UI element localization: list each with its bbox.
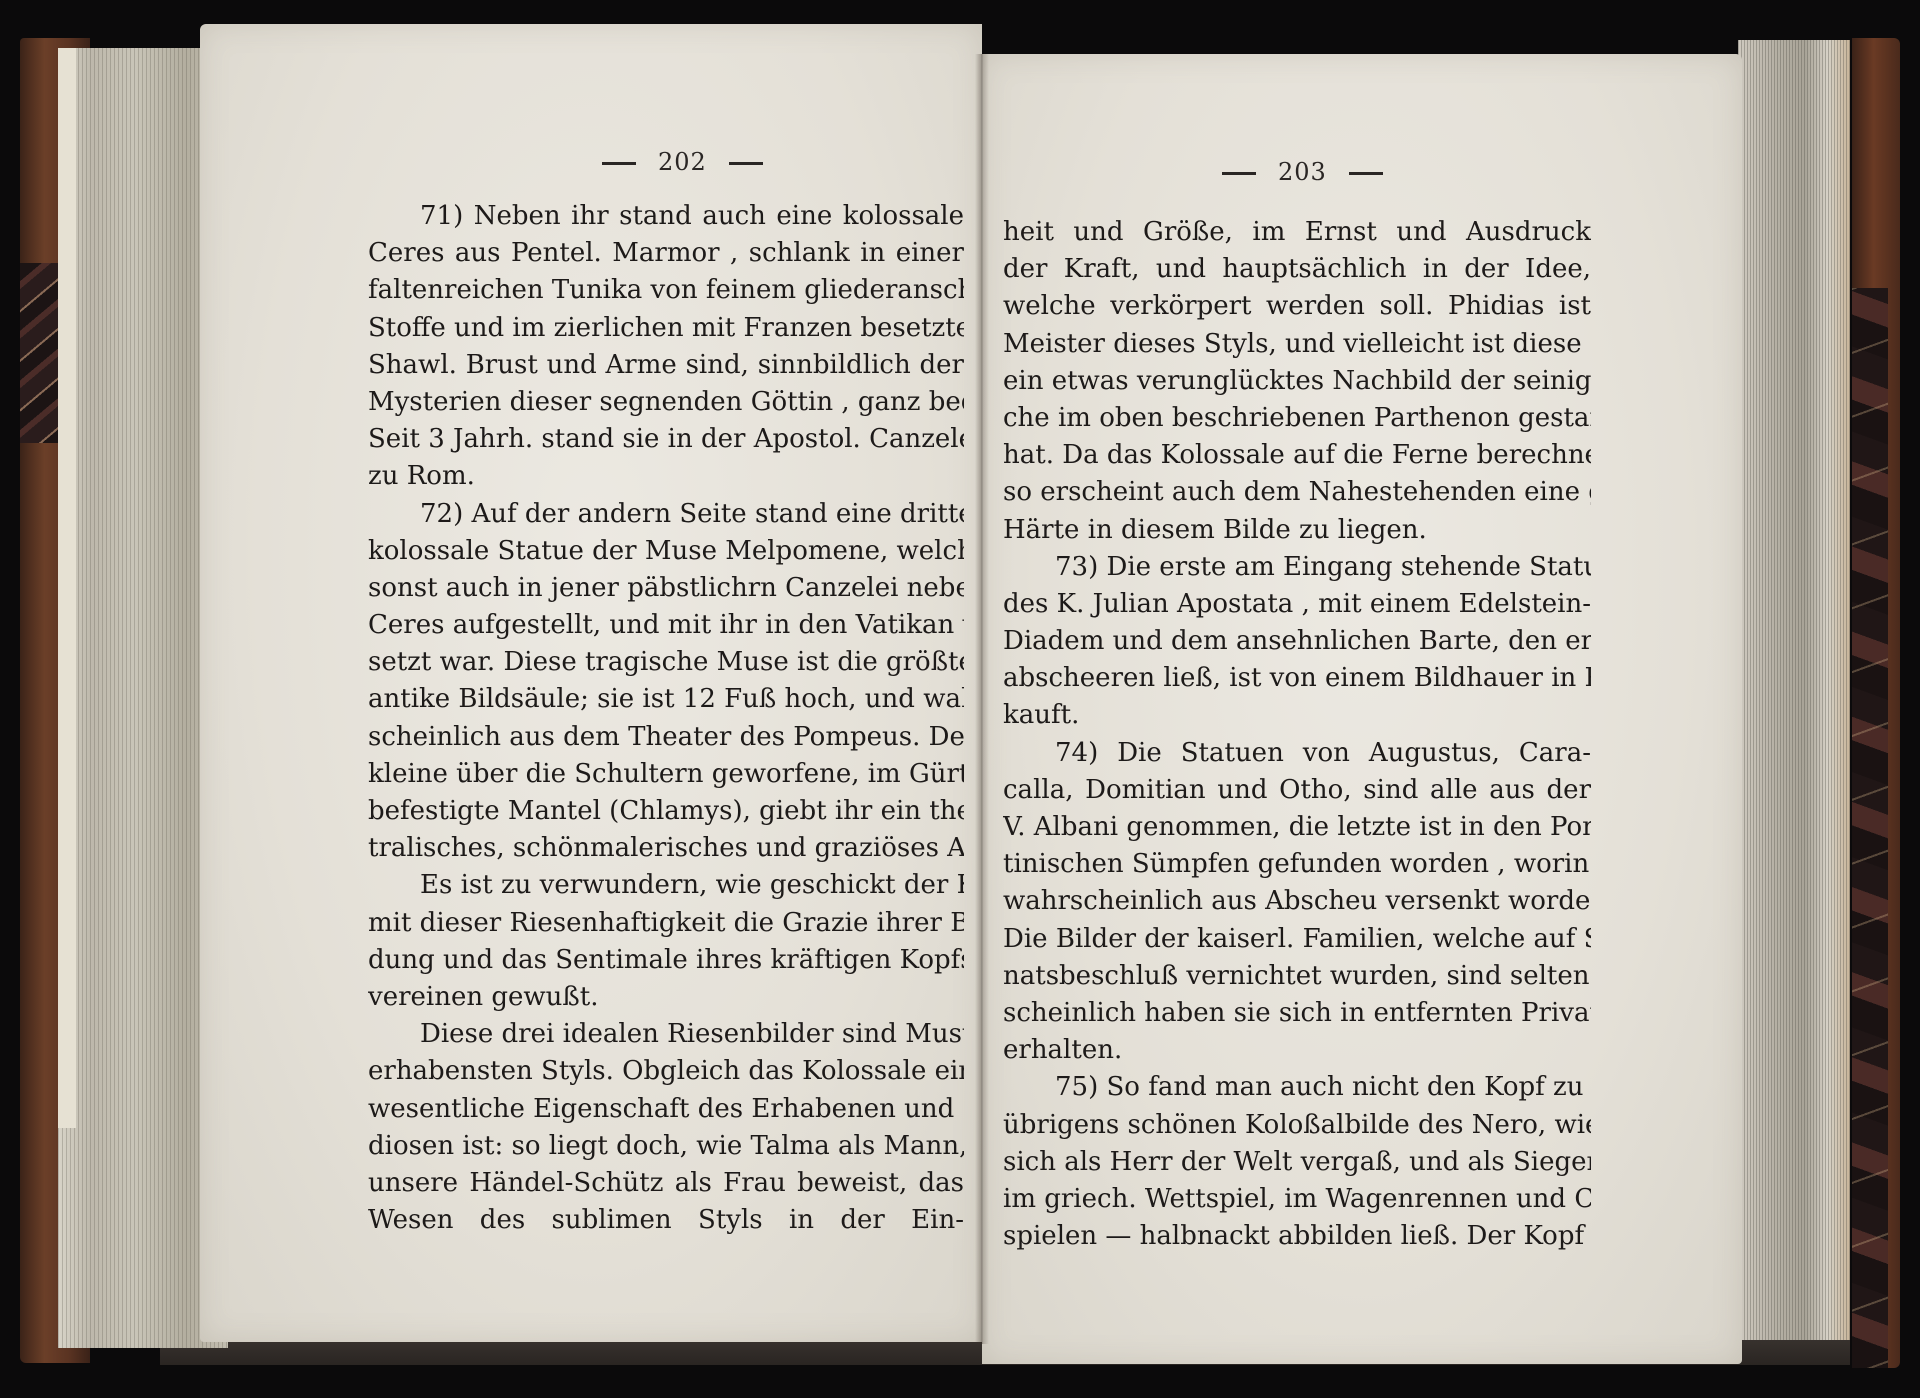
text-line: so erscheint auch dem Nahestehenden eine… [1003,474,1591,511]
text-line: 73) Die erste am Eingang stehende Statue [1003,549,1591,586]
text-line: wahrscheinlich aus Abscheu versenkt word… [1003,883,1591,920]
text-line: Ceres aufgestellt, und mit ihr in den Va… [368,607,964,644]
text-line: übrigens schönen Koloßalbilde des Nero, … [1003,1107,1591,1144]
text-line: scheinlich haben sie sich in entfernten … [1003,995,1591,1032]
marbled-board [20,263,58,443]
text-line: che im oben beschriebenen Parthenon gest… [1003,400,1591,437]
text-line: Mysterien dieser segnenden Göttin , ganz… [368,384,964,421]
text-line: sonst auch in jener päbstlichrn Canzelei… [368,570,964,607]
text-line: spielen — halbnackt abbilden ließ. Der K… [1003,1218,1591,1255]
text-line: Wesen des sublimen Styls in der Ein- [368,1202,964,1239]
text-line: calla, Domitian und Otho, sind alle aus … [1003,772,1591,809]
text-line: im griech. Wettspiel, im Wagenrennen und… [1003,1181,1591,1218]
text-line: Seit 3 Jahrh. stand sie in der Apostol. … [368,421,964,458]
text-line: Meister dieses Styls, und vielleicht ist… [1003,326,1591,363]
text-line: 72) Auf der andern Seite stand eine drit… [368,496,964,533]
dash-ornament [729,162,763,165]
text-line: V. Albani genommen, die letzte ist in de… [1003,809,1591,846]
text-line: Die Bilder der kaiserl. Familien, welche… [1003,921,1591,958]
dash-ornament [1349,172,1383,175]
text-line: Härte in diesem Bilde zu liegen. [1003,512,1591,549]
right-page-edges [1738,40,1850,1340]
text-line: dung und das Sentimale ihres kräftigen K… [368,942,964,979]
text-line: Diese drei idealen Riesenbilder sind Mus… [368,1016,964,1053]
text-line: des K. Julian Apostata , mit einem Edels… [1003,586,1591,623]
text-line: kauft. [1003,697,1591,734]
text-line: Ceres aus Pentel. Marmor , schlank in ei… [368,235,964,272]
text-line: 75) So fand man auch nicht den Kopf zu d… [1003,1069,1591,1106]
right-cover [1852,38,1900,1368]
text-line: kolossale Statue der Muse Melpomene, wel… [368,533,964,570]
text-line: mit dieser Riesenhaftigkeit die Grazie i… [368,905,964,942]
flyleaf [58,48,76,1128]
text-line: scheinlich aus dem Theater des Pompeus. … [368,719,964,756]
text-line: wesentliche Eigenschaft des Erhabenen un… [368,1091,964,1128]
right-page-text: heit und Größe, im Ernst und Ausdruckder… [1003,214,1591,1255]
text-line: sich als Herr der Welt vergaß, und als S… [1003,1144,1591,1181]
text-line: welche verkörpert werden soll. Phidias i… [1003,288,1591,325]
text-line: zu Rom. [368,458,964,495]
text-line: ein etwas verunglücktes Nachbild der sei… [1003,363,1591,400]
text-line: Es ist zu verwundern, wie geschickt der … [368,867,964,904]
text-line: 74) Die Statuen von Augustus, Cara- [1003,735,1591,772]
text-line: Stoffe und im zierlichen mit Franzen bes… [368,310,964,347]
text-line: heit und Größe, im Ernst und Ausdruck [1003,214,1591,251]
text-line: vereinen gewußt. [368,979,964,1016]
text-line: befestigte Mantel (Chlamys), giebt ihr e… [368,793,964,830]
text-line: 71) Neben ihr stand auch eine kolossale [368,198,964,235]
marbled-board [1852,288,1888,1368]
text-line: erhabensten Styls. Obgleich das Kolossal… [368,1053,964,1090]
text-line: abscheeren ließ, ist von einem Bildhauer… [1003,660,1591,697]
text-line: natsbeschluß vernichtet wurden, sind sel… [1003,958,1591,995]
gutter [975,54,989,1344]
text-line: kleine über die Schultern geworfene, im … [368,756,964,793]
text-line: hat. Da das Kolossale auf die Ferne bere… [1003,437,1591,474]
text-line: der Kraft, und hauptsächlich in der Idee… [1003,251,1591,288]
text-line: Diadem und dem ansehnlichen Barte, den e… [1003,623,1591,660]
text-line: unsere Händel-Schütz als Frau beweist, d… [368,1165,964,1202]
text-line: Shawl. Brust und Arme sind, sinnbildlich… [368,347,964,384]
text-line: faltenreichen Tunika von feinem gliedera… [368,272,964,309]
page-number-right: 203 [1200,158,1405,186]
dash-ornament [602,162,636,165]
page-number-left: 202 [580,148,785,176]
text-line: erhalten. [1003,1032,1591,1069]
text-line: setzt war. Diese tragische Muse ist die … [368,644,964,681]
text-line: diosen ist: so liegt doch, wie Talma als… [368,1128,964,1165]
left-page-text: 71) Neben ihr stand auch eine kolossaleC… [368,198,964,1239]
text-line: tralisches, schönmalerisches und graziös… [368,830,964,867]
text-line: tinischen Sümpfen gefunden worden , wori… [1003,846,1591,883]
text-line: antike Bildsäule; sie ist 12 Fuß hoch, u… [368,681,964,718]
open-book-photo: 202 203 71) Neben ihr stand auch eine ko… [0,0,1920,1398]
dash-ornament [1222,172,1256,175]
